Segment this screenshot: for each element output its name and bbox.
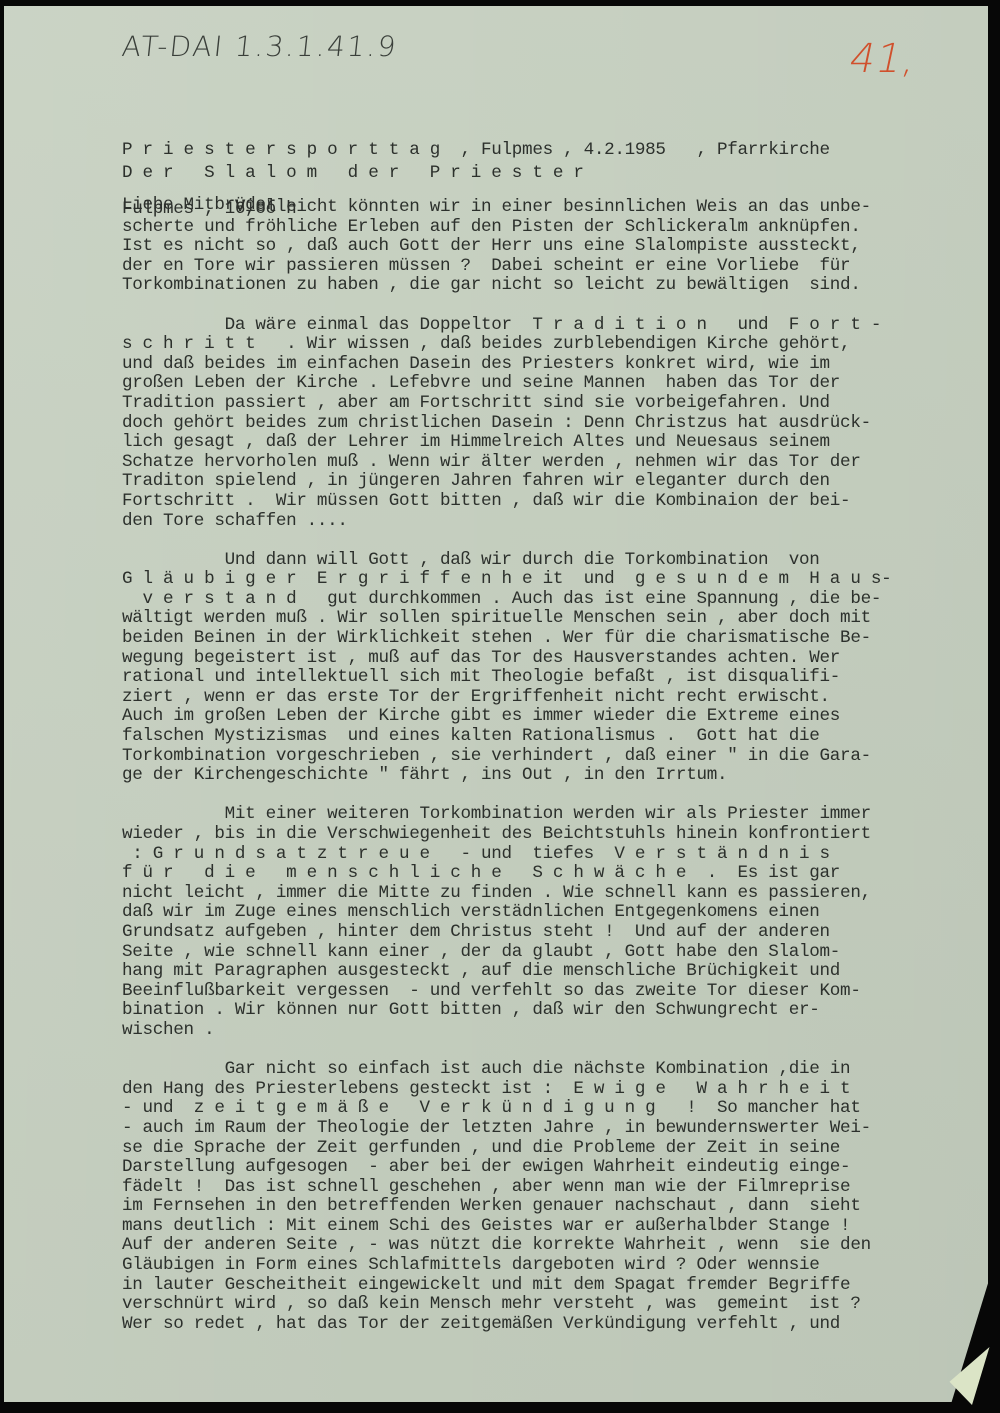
body-line: lich gesagt , daß der Lehrer im Himmelre… — [122, 433, 891, 453]
body-line: wischen . — [122, 1021, 891, 1041]
body-line: s c h r i t t . Wir wissen , daß beides … — [122, 335, 891, 355]
body-line — [122, 531, 891, 551]
body-line: in lauter Gescheitheit eingewickelt und … — [122, 1276, 891, 1296]
body-line: ziert , wenn er das erste Tor der Ergrif… — [122, 688, 891, 708]
body-line: wieder , bis in die Verschwiegenheit des… — [122, 825, 891, 845]
body-line: Torkombination vorgeschrieben , sie verh… — [122, 747, 891, 767]
body-line — [122, 296, 891, 316]
body-line: v e r s t a n d gut durchkommen . Auch d… — [122, 590, 891, 610]
sermon-body: Vielleicht könnten wir in einer besinnli… — [122, 198, 891, 1334]
body-line: Auf der anderen Seite , - was nützt die … — [122, 1236, 891, 1256]
body-line: Traditon spielend , in jüngeren Jahren f… — [122, 472, 891, 492]
body-line: Gläubigen in Form eines Schlafmittels da… — [122, 1256, 891, 1276]
body-line: doch gehört beides zum christlichen Dase… — [122, 414, 891, 434]
body-line: - auch im Raum der Theologie der letzten… — [122, 1119, 891, 1139]
body-line: hang mit Paragraphen ausgesteckt , auf d… — [122, 962, 891, 982]
body-line: Und dann will Gott , daß wir durch die T… — [122, 551, 891, 571]
body-line: daß wir im Zuge eines menschlich verstäd… — [122, 903, 891, 923]
body-line: Mit einer weiteren Torkombination werden… — [122, 805, 891, 825]
body-line: ge der Kirchengeschichte " fährt , ins O… — [122, 766, 891, 786]
body-line: nicht leicht , immer die Mitte zu finden… — [122, 884, 891, 904]
body-line: G l ä u b i g e r E r g r i f f e n h e … — [122, 570, 891, 590]
body-line: Tradition passiert , aber am Fortschritt… — [122, 394, 891, 414]
document-page: AT-DAI 1.3.1.41.9 41, P r i e s t e r s … — [4, 6, 988, 1402]
body-line: wältigt werden muß . Wir sollen spiritue… — [122, 609, 891, 629]
body-line: Vielleicht könnten wir in einer besinnli… — [122, 198, 891, 218]
body-line: - und z e i t g e m ä ß e V e r k ü n d … — [122, 1099, 891, 1119]
body-line — [122, 1041, 891, 1061]
body-line: se die Sprache der Zeit gerfunden , und … — [122, 1139, 891, 1159]
body-line — [122, 786, 891, 806]
body-line: den Tore schaffen .... — [122, 512, 891, 532]
body-line: der en Tore wir passieren müssen ? Dabei… — [122, 257, 891, 277]
body-line: Auch im großen Leben der Kirche gibt es … — [122, 707, 891, 727]
body-line: falschen Mystizismas und eines kalten Ra… — [122, 727, 891, 747]
body-line: bination . Wir können nur Gott bitten , … — [122, 1001, 891, 1021]
body-line: fädelt ! Das ist schnell geschehen , abe… — [122, 1178, 891, 1198]
body-line: mans deutlich : Mit einem Schi des Geist… — [122, 1217, 891, 1237]
sermon-title: D e r S l a l o m d e r P r i e s t e r — [122, 164, 584, 184]
body-line: Beeinflußbarkeit vergessen - und verfehl… — [122, 982, 891, 1002]
body-line: verschnürt wird , so daß kein Mensch meh… — [122, 1295, 891, 1315]
body-line: beiden Beinen in der Wirklichkeit stehen… — [122, 629, 891, 649]
body-line: Torkombinationen zu haben , die gar nich… — [122, 276, 891, 296]
body-line: Ist es nicht so , daß auch Gott der Herr… — [122, 237, 891, 257]
archive-reference: AT-DAI 1.3.1.41.9 — [120, 30, 399, 63]
body-line: im Fernsehen in den betreffenden Werken … — [122, 1197, 891, 1217]
body-line: Seite , wie schnell kann einer , der da … — [122, 943, 891, 963]
body-line: Darstellung aufgesogen - aber bei der ew… — [122, 1158, 891, 1178]
body-line: f ü r d i e m e n s c h l i c h e S c h … — [122, 864, 891, 884]
body-line: Schatze hervorholen muß . Wenn wir älter… — [122, 453, 891, 473]
body-line: und daß beides im einfachen Dasein des P… — [122, 355, 891, 375]
body-line: wegung begeistert ist , muß auf das Tor … — [122, 649, 891, 669]
body-line: Gar nicht so einfach ist auch die nächst… — [122, 1060, 891, 1080]
body-line: Grundsatz aufgeben , hinter dem Christus… — [122, 923, 891, 943]
header-line: P r i e s t e r s p o r t t a g , Fulpme… — [122, 141, 830, 161]
body-line: Wer so redet , hat das Tor der zeitgemäß… — [122, 1315, 891, 1335]
body-line: Fortschritt . Wir müssen Gott bitten , d… — [122, 492, 891, 512]
body-line: rational und intellektuell sich mit Theo… — [122, 668, 891, 688]
body-line: großen Leben der Kirche . Lefebvre und s… — [122, 374, 891, 394]
body-line: scherte und fröhliche Erleben auf den Pi… — [122, 218, 891, 238]
body-line: : G r u n d s a t z t r e u e - und tief… — [122, 845, 891, 865]
page-number-annotation: 41, — [845, 36, 921, 82]
body-line: Da wäre einmal das Doppeltor T r a d i t… — [122, 316, 891, 336]
body-line: den Hang des Priesterlebens gesteckt ist… — [122, 1080, 891, 1100]
